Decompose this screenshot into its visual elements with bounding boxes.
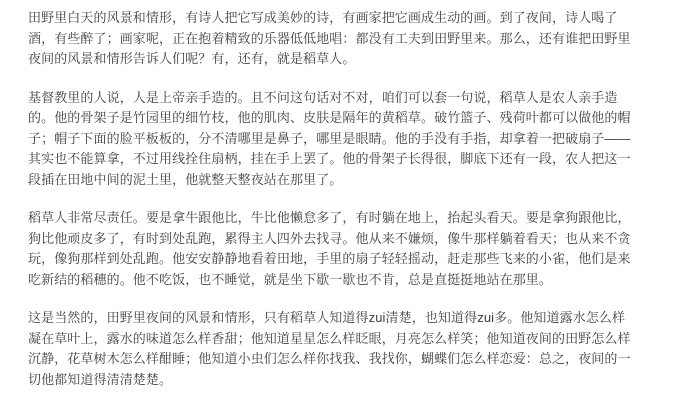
paragraph-day-scenery: 田野里白天的风景和情形，有诗人把它写成美妙的诗，有画家把它画成生动的画。到了夜间…	[28, 8, 634, 70]
paragraph-scarecrow-duty: 稻草人非常尽责任。要是拿牛跟他比，牛比他懒怠多了，有时躺在地上，抬起头看天。要是…	[28, 208, 634, 290]
story-text-body: 田野里白天的风景和情形，有诗人把它写成美妙的诗，有画家把它画成生动的画。到了夜间…	[28, 8, 634, 390]
paragraph-night-knowledge: 这是当然的，田野里夜间的风景和情形，只有稻草人知道得zui清楚，也知道得zui多…	[28, 308, 634, 390]
document-page: 田野里白天的风景和情形，有诗人把它写成美妙的诗，有画家把它画成生动的画。到了夜间…	[0, 0, 700, 400]
paragraph-scarecrow-made: 基督教里的人说，人是上帝亲手造的。且不问这句话对不对，咱们可以套一句说，稻草人是…	[28, 88, 634, 191]
